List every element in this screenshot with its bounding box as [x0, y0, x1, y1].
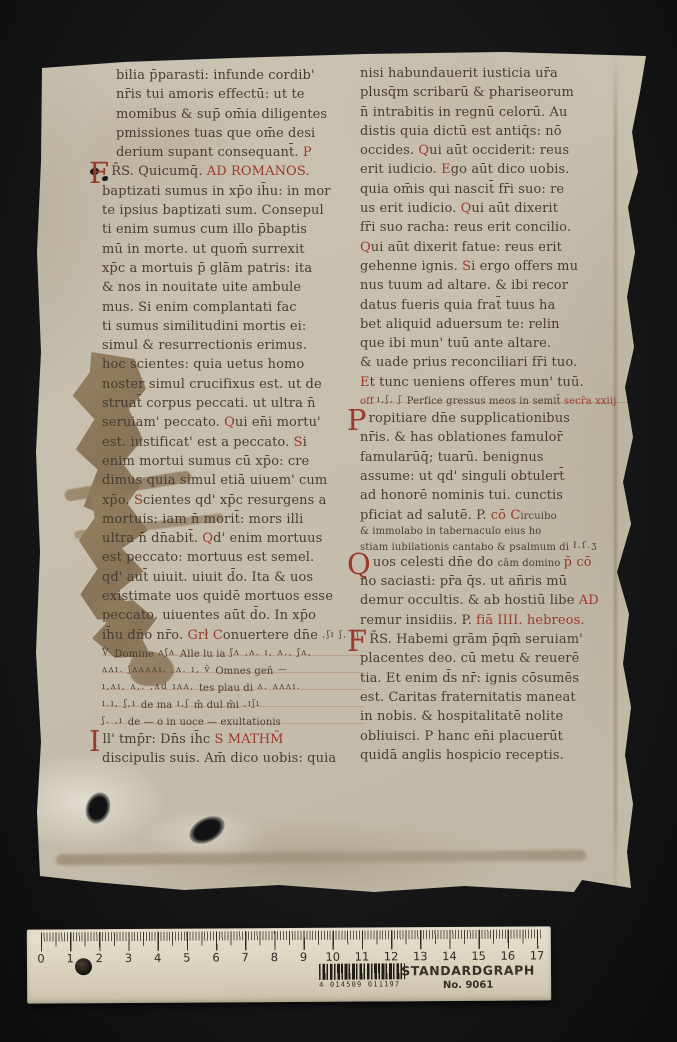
small-text: ircuibo	[520, 511, 556, 522]
manuscript-line: assume: ut qd' singuli obtulert̄	[360, 467, 652, 486]
manuscript-line: V̄ Domine ʌʃʌ Alle lu ia ʃʌ ,ʌ. ı, ʌ., ʃ…	[102, 645, 364, 662]
manuscript-line: plusq̄m scribarū & phariseorum	[360, 83, 652, 102]
rubric-text: C	[510, 508, 520, 523]
body-text: n̄ intrabitis in regnū celorū. Au	[360, 105, 567, 120]
manuscript-line: ʌʌı. ʃʌʌʌʌı. ,ʌ. ı, v̄ Omnes gen̄ —	[102, 662, 364, 679]
body-text: & uade prius reconciliari fr̄i tuo.	[360, 355, 577, 370]
body-text: qd' aut̄ uiuit. uiuit d̄o. Ita & uos	[102, 570, 313, 585]
manuscript-line: mū in morte. ut quom̄ surrexit	[102, 240, 364, 259]
neume-marks: ı,ʃ, ʃ	[377, 395, 407, 405]
manuscript-line: remur insidiis. P. fiā IIII. hebreos.	[360, 611, 652, 630]
small-text: de — o in uoce —	[128, 717, 221, 728]
body-text: nus tuum ad altare. & ibi recor	[360, 278, 568, 293]
body-text: go aūt dico uobis.	[451, 162, 570, 177]
ruler-number: 11	[355, 950, 370, 964]
manuscript-line: qd' aut̄ uiuit. uiuit d̄o. Ita & uos	[102, 568, 364, 587]
ruler-number: 10	[325, 950, 340, 964]
manuscript-line: distis quia dictū est antiq̄s: nō	[360, 122, 652, 141]
dirt-streak	[56, 850, 586, 866]
rubric-text: Q	[418, 143, 429, 158]
manuscript-line: quidā anglis hospicio receptis.	[360, 746, 652, 765]
body-text: ui aūt occiderit: reus	[429, 143, 569, 158]
body-text: i	[303, 435, 307, 450]
manuscript-line: famularūq̄; tuarū. benignus	[360, 448, 652, 467]
ruler-number: 1	[66, 951, 73, 965]
body-text: remur insidiis. P.	[360, 613, 476, 628]
body-text: plusq̄m scribarū & phariseorum	[360, 85, 574, 100]
body-text: bet aliquid aduersum te: relin	[360, 317, 560, 332]
body-text: R̄S. Quicumq̄.	[111, 164, 207, 179]
manuscript-line: ti sumus similitudini mortis ei:	[102, 317, 364, 336]
rubric-neume: V̄	[102, 648, 114, 658]
body-text: discipulis suis. Am̄ dico uobis: quia	[102, 751, 336, 766]
body-text: ultra n̄ dn̄abit̄.	[102, 531, 202, 546]
rubric-text: secr̄a xxiij	[564, 396, 616, 407]
rubric-text: S	[134, 493, 143, 508]
ruler-number: 12	[384, 949, 399, 963]
body-text: t tunc ueniens offeres mun' tuū.	[370, 375, 584, 390]
neume-marks: ʃʌ ,ʌ. ı, ʌ., ʃʌ,	[226, 648, 313, 658]
body-text: quia om̄is qui nascit̄ fr̄i suo: re	[360, 182, 564, 197]
manuscript-line: xp̄c a mortuis p̄ glām patris: ita	[102, 259, 364, 278]
body-text: peccato. uiuentes aūt d̄o. In xp̄o	[102, 608, 316, 623]
body-text: onuertere dn̄e	[223, 628, 318, 643]
body-text: pficiat ad salutē. P.	[360, 508, 491, 523]
ruler-number: 0	[37, 951, 44, 965]
ruler: 01234567891011121314151617 4 014509 0111…	[27, 926, 551, 1003]
body-text: nisi habundauerit iusticia ur̄a	[360, 66, 558, 81]
body-text: momibus & sup̄ om̄ia diligentes	[116, 107, 327, 122]
body-text: noster simul crucifixus est. ut de	[102, 377, 322, 392]
ruler-number: 7	[241, 950, 248, 964]
body-text: uos celesti dn̄e do	[373, 555, 498, 570]
body-text: simul & resurrectionis erimus.	[102, 338, 307, 353]
manuscript-line: simul & resurrectionis erimus.	[102, 336, 364, 355]
manuscript-line: demur occultis. & ab hostiū libe AD	[360, 591, 652, 610]
body-text: bilia p̄parasti: infunde cordib'	[116, 68, 315, 83]
neume-marks: ,ıʃı	[239, 699, 260, 709]
body-text: gehenne ignis.	[360, 259, 462, 274]
manuscript-line: pmissiones tuas que om̄e desi	[102, 124, 364, 143]
manuscript-line: ih̄u dn̄o nr̄o. Grł Conuertere dn̄e ,ʃı …	[102, 626, 364, 645]
body-text: ll' tmp̄r: Dn̄s ih̄c	[103, 732, 215, 747]
ruler-number: 13	[413, 949, 428, 963]
manuscript-line: mus. Si enim complantati fac	[102, 298, 364, 317]
body-text: us erit iudicio.	[360, 201, 461, 216]
rubric-text: C	[213, 628, 223, 643]
manuscript-line: gehenne ignis. Si ergo offers mu	[360, 257, 652, 276]
manuscript-line: nr̄is. & has oblationes famulor̄	[360, 428, 652, 447]
manuscript-line: ti enim sumus cum illo p̄baptis	[102, 220, 364, 239]
body-text: & nos in nouitate uite ambule	[102, 280, 301, 295]
manuscript-line: occides. Qui aūt occiderit: reus	[360, 141, 652, 160]
body-text: ti sumus similitudini mortis ei:	[102, 319, 306, 334]
manuscript-line: est. iustificat' est a peccato. Si	[102, 433, 364, 452]
manuscript-line: nus tuum ad altare. & ibi recor	[360, 276, 652, 295]
manuscript-line: xp̄o. Scientes qd' xp̄c resurgens a	[102, 491, 364, 510]
body-text: in nobis. & hospitalitatē nolite	[360, 709, 563, 724]
manuscript-line: dimus quia simul etiā uiuem' cum	[102, 471, 364, 490]
ruler-number: 6	[212, 950, 219, 964]
small-text: Perfice gressus meos in semit̄	[407, 396, 564, 407]
ruler-number: 3	[125, 951, 132, 965]
rubric-text: S MATHM̄	[215, 732, 284, 747]
manuscript-line: enim mortui sumus cū xp̄o: cre	[102, 452, 364, 471]
rubric-text: AD ROMANOS.	[207, 164, 310, 179]
manuscript-line: ı,ʌı, ʌ,. ,ʌd ıʌʌ, tes plau di ʌ. ʌʌʌı.	[102, 679, 364, 696]
body-text: pmissiones tuas que om̄e desi	[116, 126, 315, 141]
ruler-number: 8	[271, 950, 278, 964]
rubric-text: p̄ cō	[564, 555, 592, 570]
manuscript-line: FR̄S. Habemi grām p̄qm̄ seruiam'	[360, 630, 652, 649]
body-text: fr̄i suo racha: reus erit concilio.	[360, 220, 571, 235]
manuscript-line: discipulis suis. Am̄ dico uobis: quia	[102, 749, 364, 768]
rubric-text: E	[360, 375, 370, 390]
body-text: mus. Si enim complantati fac	[102, 300, 297, 315]
rubric-text: S	[294, 435, 303, 450]
body-text: est peccato: mortuus est semel.	[102, 550, 314, 565]
manuscript-line: te ipsius baptizati sum. Consepul	[102, 201, 364, 220]
body-text: quidā anglis hospicio receptis.	[360, 748, 564, 763]
initial-letter: I	[89, 724, 101, 758]
ruler-number: 15	[471, 949, 486, 963]
body-text: enim mortui sumus cū xp̄o: cre	[102, 454, 309, 469]
small-text: exultationis	[221, 717, 281, 728]
rubric-text: Grł	[187, 628, 212, 643]
body-text: ti enim sumus cum illo p̄baptis	[102, 222, 307, 237]
body-text: occides.	[360, 143, 418, 158]
body-text: demur occultis. & ab hostiū libe	[360, 593, 575, 608]
body-text: derium supant consequant̄.	[116, 145, 303, 160]
ruler-brand-name: STANDARDGRAPH	[388, 962, 548, 978]
rubric-text: Q	[461, 201, 472, 216]
body-text: ropitiare dn̄e supplicationibus	[369, 411, 570, 426]
manuscript-line: ultra n̄ dn̄abit̄. Qd' enim mortuus	[102, 529, 364, 548]
neume-marks: ı.ı, ʃ,ı	[102, 699, 141, 709]
body-text: cientes qd' xp̄c resurgens a	[143, 493, 326, 508]
manuscript-line: ı.ı, ʃ,ı de ma ı,ʃ m̄ dul m̄i ,ıʃı	[102, 696, 364, 713]
manuscript-line: Ill' tmp̄r: Dn̄s ih̄c S MATHM̄	[102, 730, 364, 749]
manuscript-line: placentes deo. cū metu & reuerē	[360, 649, 652, 668]
parchment-hole	[185, 810, 230, 849]
rubric-text: Q	[360, 240, 371, 255]
manuscript-line: pficiat ad salutē. P. cō Circuibo	[360, 506, 652, 525]
body-text: baptizati sumus in xp̄o ih̄u: in mor	[102, 184, 331, 199]
manuscript-page: bilia p̄parasti: infunde cordib'nr̄is tu…	[34, 52, 648, 904]
small-text: m̄ dul m̄i	[194, 700, 239, 711]
manuscript-line: bet aliquid aduersum te: relin	[360, 315, 652, 334]
body-text: te ipsius baptizati sum. Consepul	[102, 203, 324, 218]
body-text: ui en̄i mortu'	[235, 415, 321, 430]
manuscript-line: datus fueris quia frat̄ tuus ha	[360, 296, 652, 315]
manuscript-line: no saciasti: pr̄a q̄s. ut an̄ris mū	[360, 572, 652, 591]
body-text: R̄S. Habemi grām p̄qm̄ seruiam'	[369, 632, 583, 647]
rubric-text: Q	[224, 415, 235, 430]
manuscript-line: obliuisci. P hanc en̄i placuerūt	[360, 727, 652, 746]
body-text: mū in morte. ut quom̄ surrexit	[102, 242, 305, 257]
body-text: d' enim mortuus	[213, 531, 322, 546]
ruler-number: 17	[530, 948, 545, 962]
manuscript-line: ad honorē nominis tui. cunctis	[360, 486, 652, 505]
small-text: stiam iubilationis cantabo & psalmum di	[360, 542, 569, 553]
manuscript-line: baptizati sumus in xp̄o ih̄u: in mor	[102, 182, 364, 201]
manuscript-line: seruiam' peccato. Qui en̄i mortu'	[102, 413, 364, 432]
small-text: cām domino	[498, 558, 564, 569]
manuscript-line: Quos celesti dn̄e do cām domino p̄ cō	[360, 553, 652, 572]
manuscript-line: hoc scientes: quia uetus homo	[102, 355, 364, 374]
small-text: Omnes gen̄	[215, 666, 273, 677]
rubric-text: E	[441, 162, 451, 177]
ruler-number: 9	[300, 950, 307, 964]
body-text: est. iustificat' est a peccato.	[102, 435, 294, 450]
small-text: de ma	[141, 700, 172, 711]
rubric-text: P	[303, 145, 312, 160]
body-text: tia. Et enim d̄s nr̄: ignis cōsumēs	[360, 671, 579, 686]
body-text: assume: ut qd' singuli obtulert̄	[360, 469, 565, 484]
ruler-hole	[75, 958, 92, 975]
ruler-number: 2	[96, 951, 103, 965]
body-text: nr̄is. & has oblationes famulor̄	[360, 430, 563, 445]
body-text: famularūq̄; tuarū. benignus	[360, 450, 544, 465]
neume-marks: ʌʃʌ	[154, 648, 180, 658]
rubric-text: cō	[491, 508, 511, 523]
body-text: no saciasti: pr̄a q̄s. ut an̄ris mū	[360, 574, 567, 589]
body-text: xp̄c a mortuis p̄ glām patris: ita	[102, 261, 312, 276]
rubric-text: fiā IIII.	[476, 613, 527, 628]
rubric-text: S	[462, 259, 471, 274]
ruler-number: 4	[154, 951, 161, 965]
small-text: & immolabo in tabernaculo eius ho	[360, 526, 541, 537]
ruler-brand: STANDARDGRAPH No. 9061	[388, 962, 548, 991]
small-text: Domine	[114, 649, 154, 660]
manuscript-line: mortuis: iam n̄ morit̄: mors illi	[102, 510, 364, 529]
manuscript-line: est. Caritas fraternitatis maneat	[360, 688, 652, 707]
manuscript-line: & nos in nouitate uite ambule	[102, 278, 364, 297]
body-text: nr̄is tui amoris effectū: ut te	[116, 87, 305, 102]
body-text: ui aūt dixerit	[471, 201, 558, 216]
manuscript-line: erit iudicio. Ego aūt dico uobis.	[360, 160, 652, 179]
rubric-text: hebreos.	[527, 613, 585, 628]
body-text: est. Caritas fraternitatis maneat	[360, 690, 576, 705]
manuscript-line: & immolabo in tabernaculo eius ho	[360, 525, 652, 539]
manuscript-line: Qui aūt dixerit fatue: reus erit	[360, 238, 652, 257]
body-text: struat̄ corpus peccati. ut ultra n̄	[102, 396, 316, 411]
body-text: seruiam' peccato.	[102, 415, 224, 430]
manuscript-line: & uade prius reconciliari fr̄i tuo.	[360, 353, 652, 372]
neume-marks: ı,ʃ	[172, 699, 193, 709]
body-text: xp̄o.	[102, 493, 134, 508]
ruler-number: 5	[183, 951, 190, 965]
text-column-right: nisi habundauerit iusticia ur̄aplusq̄m s…	[360, 64, 652, 765]
neume-marks: ʌ. ʌʌʌı.	[253, 682, 301, 692]
manuscript-line: ʃ. ,ı de — o in uoce — exultationis	[102, 713, 364, 730]
manuscript-line: Et tunc ueniens offeres mun' tuū.	[360, 373, 652, 392]
ruler-number: 14	[442, 949, 457, 963]
body-text: ih̄u dn̄o nr̄o.	[102, 628, 187, 643]
manuscript-line: peccato. uiuentes aūt d̄o. In xp̄o	[102, 606, 364, 625]
rubric-neume: v̄	[204, 665, 215, 675]
body-text: obliuisci. P hanc en̄i placuerūt	[360, 729, 563, 744]
manuscript-line: n̄ intrabitis in regnū celorū. Au	[360, 103, 652, 122]
manuscript-line: existimate uos quidē mortuos esse	[102, 587, 364, 606]
manuscript-line: off ı,ʃ, ʃ Perfice gressus meos in semit…	[360, 392, 652, 409]
manuscript-line: derium supant consequant̄. P	[102, 143, 364, 162]
body-text: que ibi mun' tuū ante altare.	[360, 336, 551, 351]
manuscript-line: FR̄S. Quicumq̄. AD ROMANOS.	[102, 162, 364, 181]
manuscript-line: momibus & sup̄ om̄ia diligentes	[102, 105, 364, 124]
body-text: distis quia dictū est antiq̄s: nō	[360, 124, 562, 139]
parchment-hole	[82, 789, 115, 827]
manuscript-line: in nobis. & hospitalitatē nolite	[360, 707, 652, 726]
body-text: existimate uos quidē mortuos esse	[102, 589, 333, 604]
body-text: placentes deo. cū metu & reuerē	[360, 651, 579, 666]
ruler-model-number: No. 9061	[388, 979, 548, 991]
body-text: datus fueris quia frat̄ tuus ha	[360, 298, 555, 313]
neume-marks: ʌʌı. ʃʌʌʌʌı. ,ʌ. ı,	[102, 665, 204, 675]
rubric-text: Q	[202, 531, 213, 546]
body-text: ad honorē nominis tui. cunctis	[360, 488, 563, 503]
body-text: hoc scientes: quia uetus homo	[102, 357, 304, 372]
neume-marks: ʃ. ,ı	[102, 716, 128, 726]
neume-marks: —	[273, 665, 288, 675]
manuscript-line: fr̄i suo racha: reus erit concilio.	[360, 218, 652, 237]
manuscript-line: noster simul crucifixus est. ut de	[102, 375, 364, 394]
manuscript-line: nr̄is tui amoris effectū: ut te	[102, 85, 364, 104]
body-text: i ergo offers mu	[471, 259, 578, 274]
body-text: ui aūt dixerit fatue: reus erit	[371, 240, 562, 255]
manuscript-line: quia om̄is qui nascit̄ fr̄i suo: re	[360, 180, 652, 199]
body-text: dimus quia simul etiā uiuem' cum	[102, 473, 327, 488]
neume-marks: ı,ʌı, ʌ,. ,ʌd ıʌʌ,	[102, 682, 199, 692]
text-column-left: bilia p̄parasti: infunde cordib'nr̄is tu…	[102, 66, 364, 769]
manuscript-line: tia. Et enim d̄s nr̄: ignis cōsumēs	[360, 669, 652, 688]
manuscript-line: Propitiare dn̄e supplicationibus	[360, 409, 652, 428]
body-text: mortuis: iam n̄ morit̄: mors illi	[102, 512, 303, 527]
small-text: Alle lu ia	[180, 649, 226, 660]
manuscript-line: est peccato: mortuus est semel.	[102, 548, 364, 567]
small-text: tes plau di	[199, 683, 253, 694]
manuscript-line: que ibi mun' tuū ante altare.	[360, 334, 652, 353]
manuscript-line: us erit iudicio. Qui aūt dixerit	[360, 199, 652, 218]
manuscript-line: stiam iubilationis cantabo & psalmum di …	[360, 539, 652, 553]
rubric-text: AD	[575, 593, 599, 608]
neume-marks: ł.ſ.ʒ	[569, 541, 598, 551]
manuscript-line: nisi habundauerit iusticia ur̄a	[360, 64, 652, 83]
manuscript-line: struat̄ corpus peccati. ut ultra n̄	[102, 394, 364, 413]
body-text: erit iudicio.	[360, 162, 441, 177]
manuscript-line: bilia p̄parasti: infunde cordib'	[102, 66, 364, 85]
ruler-number: 16	[500, 949, 515, 963]
digitized-manuscript-photo: bilia p̄parasti: infunde cordib'nr̄is tu…	[0, 0, 677, 1042]
